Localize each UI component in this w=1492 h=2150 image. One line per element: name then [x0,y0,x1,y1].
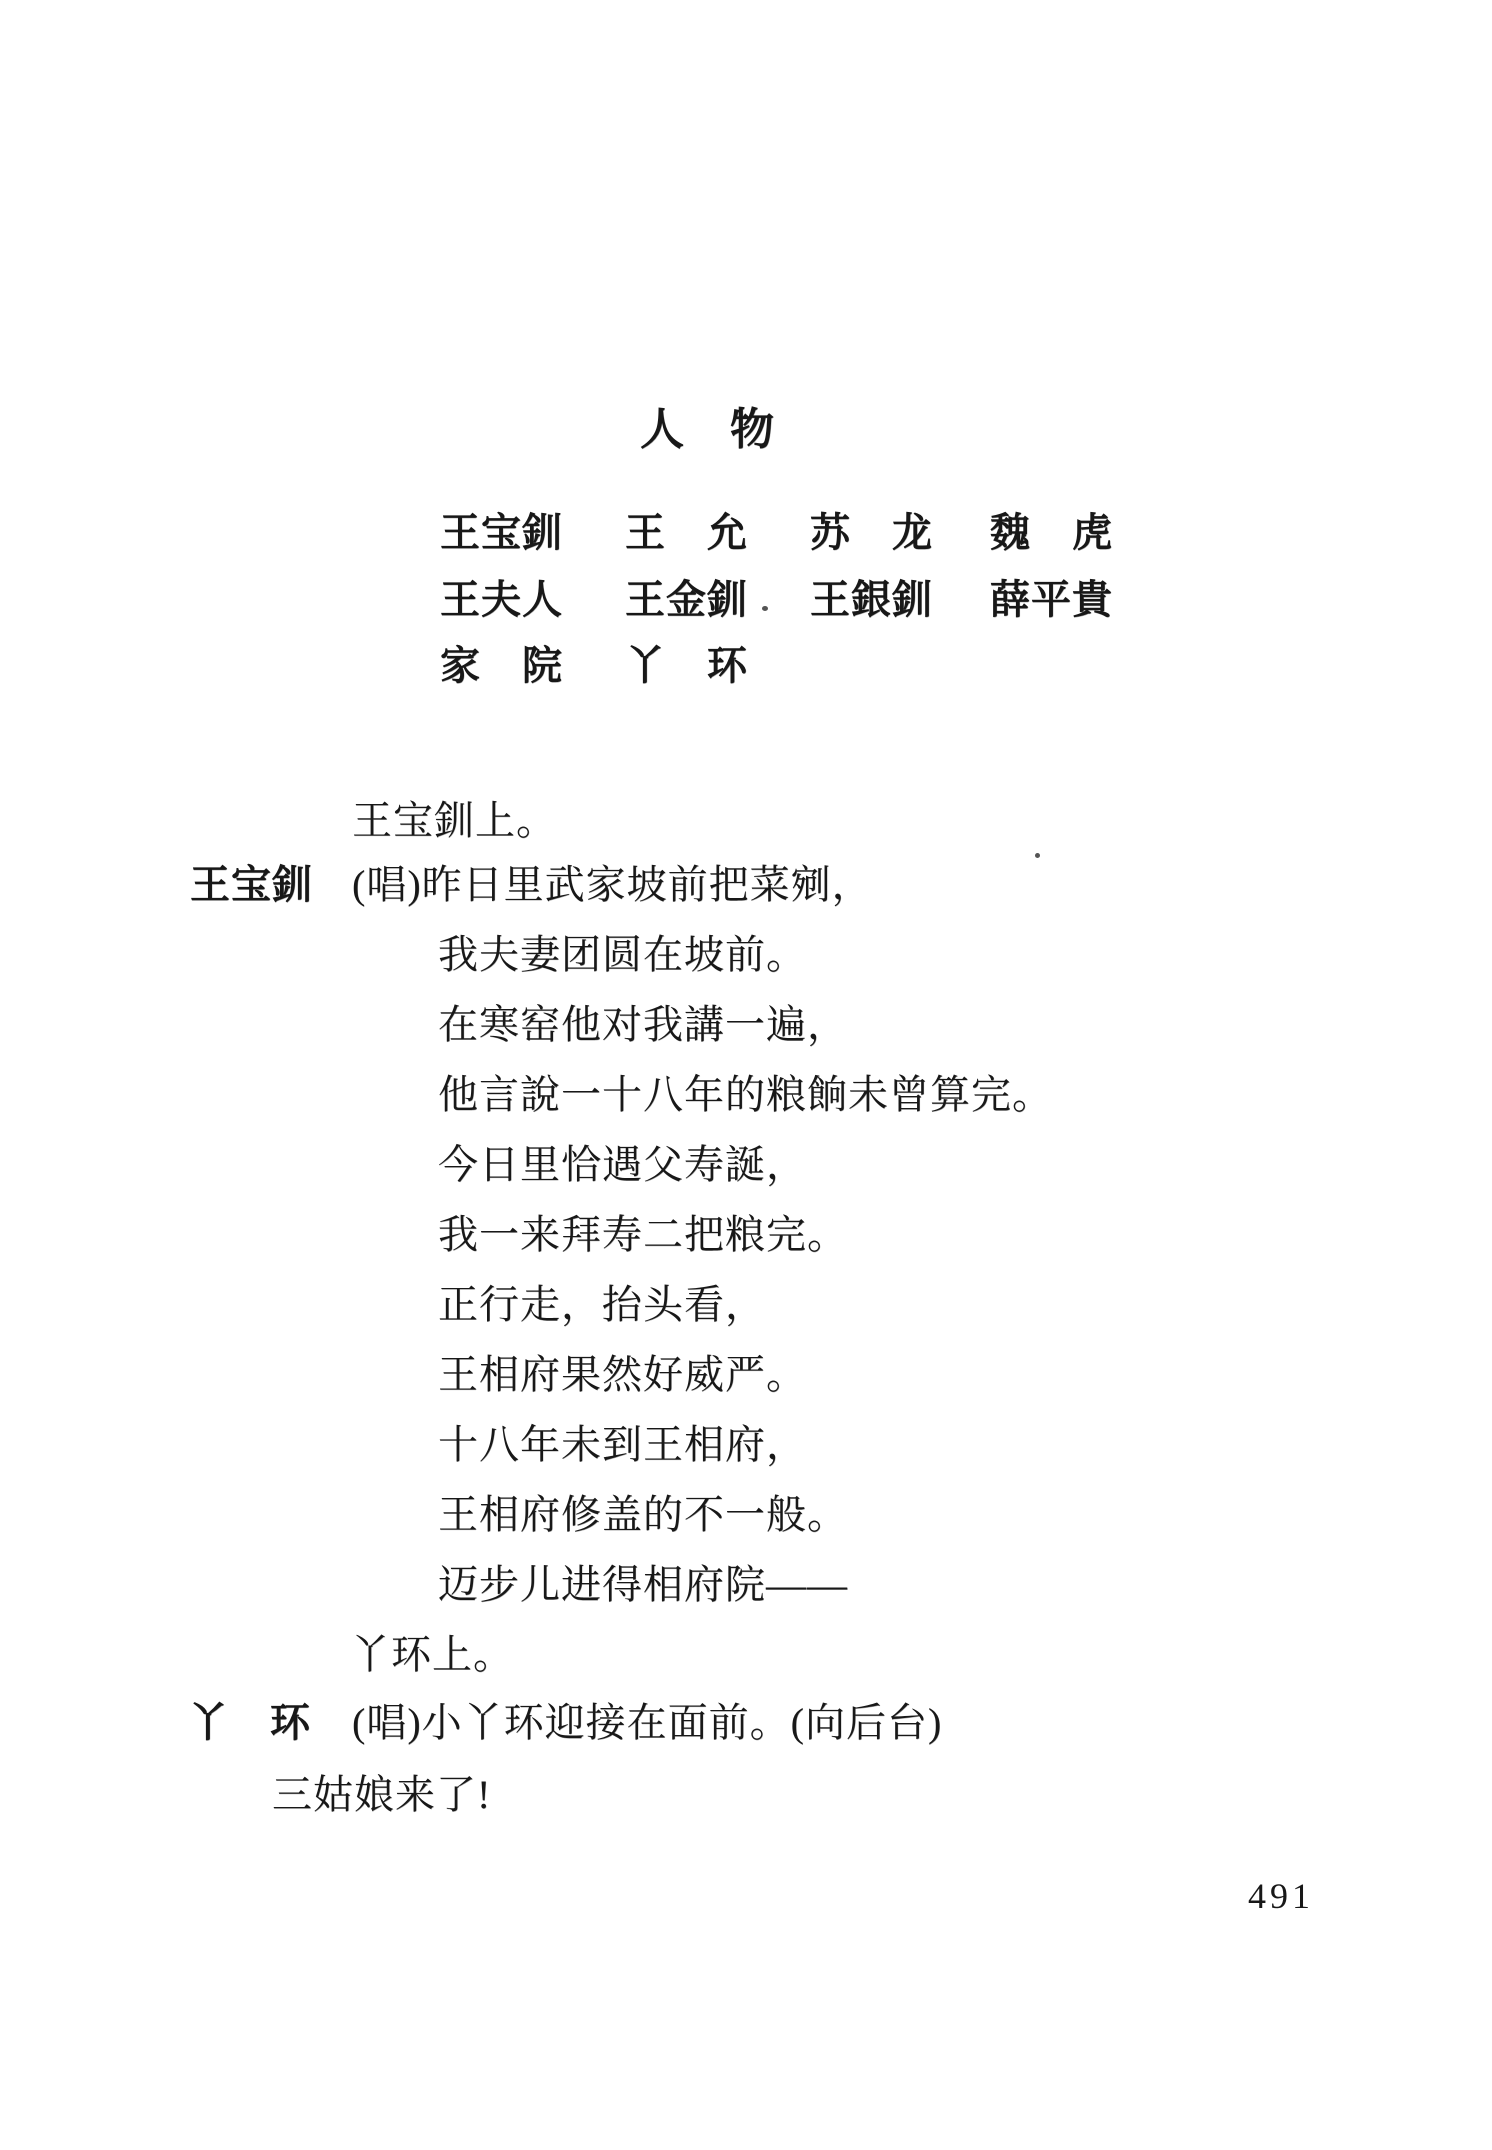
cast-name: 苏 龙 [810,509,933,557]
verse-line: 今日里恰遇父寿誕， [438,1141,807,1189]
speaker-label-maid: 丫 环 [188,1699,311,1747]
speaker-label-wang-baochuan: 王宝釧 [190,861,313,909]
stage-direction-1: 王宝釧上。 [352,797,557,845]
page-number: 491 [1248,1872,1314,1920]
cast-name: 王 允 [625,509,748,557]
ink-speck [1035,853,1040,858]
cast-name: 王宝釧 [440,509,563,557]
verse-line: 我夫妻团圆在坡前。 [438,931,807,979]
verse-line: 迈步儿进得相府院—— [438,1561,848,1609]
dialogue2-opening-line: (唱)小丫环迎接在面前。(向后台) [352,1699,942,1747]
verse-line: 我一来拜寿二把粮完。 [438,1211,848,1259]
verse-line: 正行走，抬头看， [438,1281,766,1329]
verse-line: 他言說一十八年的粮餉未曾算完。 [438,1071,1053,1119]
section-title-characters: 人 物 [640,406,775,454]
cast-name: 薛平貴 [990,576,1113,624]
dialogue1-opening-line: (唱)昨日里武家坡前把菜剜， [352,861,873,909]
stage-direction-2: 丫环上。 [350,1631,514,1679]
cast-name: 王金釧 [625,576,748,624]
dialogue2-second-line: 三姑娘来了! [272,1771,491,1819]
cast-name: 王夫人 [440,576,563,624]
verse-line: 在寒窑他对我講一遍， [438,1001,848,1049]
cast-name: 丫 环 [625,642,748,690]
ink-speck [762,606,768,611]
cast-name: 王銀釧 [810,576,933,624]
verse-line: 王相府果然好威严。 [438,1351,807,1399]
scanned-script-page: 人 物 王宝釧 王 允 苏 龙 魏 虎 王夫人 王金釧 王銀釧 薛平貴 家 院 … [0,0,1492,2150]
cast-name: 家 院 [440,642,563,690]
verse-line: 十八年未到王相府， [438,1421,807,1469]
verse-line: 王相府修盖的不一般。 [438,1491,848,1539]
cast-name: 魏 虎 [990,509,1113,557]
